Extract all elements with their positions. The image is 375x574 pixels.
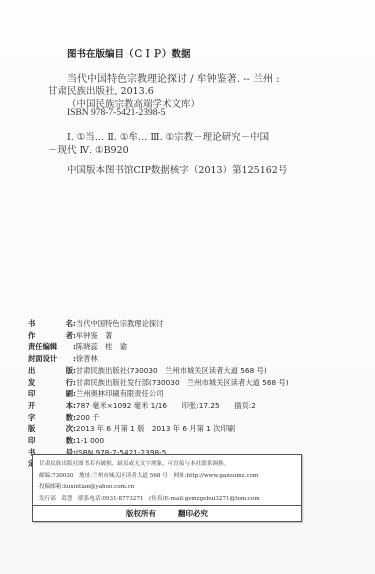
imprint-row-printer: 印刷:兰州奥林印刷有限责任公司 xyxy=(28,388,289,400)
cip-classification-line: Ⅰ. ①当… Ⅱ. ①牟… Ⅲ. ①宗教－理论研究－中国 xyxy=(67,129,269,143)
imprint-row-author: 作者:牟钟鉴 著 xyxy=(28,330,289,342)
imprint-table: 书名:当代中国特色宗教理论探讨 作者:牟钟鉴 著 责任编辑:陈晓蕊 桂 谕 封面… xyxy=(28,318,289,470)
copyright-footer: 版权所有 翻印必究 xyxy=(33,505,301,521)
imprint-label: 作者 xyxy=(28,330,73,342)
notice-distribution-contact: 发行部 葛慧 联系电话:0931-8773271 (传真)E-mail:gsmz… xyxy=(39,494,295,506)
imprint-value: 甘肃民族出版社发行部(730030 兰州市城关区读者大道 568 号) xyxy=(76,377,289,389)
imprint-row-print-run: 印数:1-1 000 xyxy=(28,435,289,447)
imprint-value: 徐晋林 xyxy=(76,353,98,365)
imprint-row-title: 书名:当代中国特色宗教理论探讨 xyxy=(28,318,289,330)
imprint-label: 印刷 xyxy=(28,388,73,400)
imprint-row-word-count: 字数:200 千 xyxy=(28,412,289,424)
imprint-label: 出版 xyxy=(28,365,73,377)
cip-isbn-line: ISBN 978-7-5421-2398-5 xyxy=(67,108,165,118)
imprint-row-cover-design: 封面设计:徐晋林 xyxy=(28,353,289,365)
imprint-row-editor: 责任编辑:陈晓蕊 桂 谕 xyxy=(28,341,289,353)
imprint-row-format: 开本:787 毫米×1092 毫米 1/16 印张:17.25 插页:2 xyxy=(28,400,289,412)
piracy-notice: 翻印必究 xyxy=(178,508,208,519)
imprint-label: 开本 xyxy=(28,400,73,412)
imprint-value: 兰州奥林印刷有限责任公司 xyxy=(76,388,164,400)
cip-publisher-line: 甘肃民族出版社, 2013.6 xyxy=(48,83,154,97)
imprint-label: 印数 xyxy=(28,435,73,447)
cip-record-number: 中国版本图书馆CIP数据核字（2013）第125162号 xyxy=(67,162,287,176)
notice-replacement-policy: 甘肃民族出版社图书若有破损、缺页或无文字现象，可直接与本社联系调换。 xyxy=(39,459,295,471)
imprint-row-distributor: 发行:甘肃民族出版社发行部(730030 兰州市城关区读者大道 568 号) xyxy=(28,377,289,389)
cip-heading: 图书在版编目（ＣＩＰ）数据 xyxy=(67,46,191,60)
imprint-value: 陈晓蕊 桂 谕 xyxy=(76,341,127,353)
imprint-value: 1-1 000 xyxy=(76,435,104,447)
notice-address: 邮编:730030 地址:兰州市城关区读者大道 568 号 网址:http://… xyxy=(39,471,295,483)
imprint-label: 字数 xyxy=(28,412,73,424)
imprint-label: 封面设计 xyxy=(28,353,73,365)
imprint-label: 发行 xyxy=(28,377,73,389)
publisher-notice-box: 甘肃民族出版社图书若有破损、缺页或无文字现象，可直接与本社联系调换。 邮编:73… xyxy=(32,454,302,522)
imprint-row-publisher: 出版:甘肃民族出版社(730030 兰州市城关区读者大道 568 号) xyxy=(28,365,289,377)
notice-submission-email: 投稿邮箱:liuxintian@yahoo.com.cn xyxy=(39,482,295,494)
cip-classification-cont-line: －现代 Ⅳ. ①B920 xyxy=(48,142,129,156)
copyright-notice: 版权所有 xyxy=(126,508,156,519)
imprint-value: 200 千 xyxy=(76,412,100,424)
imprint-row-edition: 版次:2013 年 6 月第 1 版 2013 年 6 月第 1 次印刷 xyxy=(28,423,289,435)
imprint-value: 甘肃民族出版社(730030 兰州市城关区读者大道 568 号) xyxy=(76,365,267,377)
imprint-label: 书名 xyxy=(28,318,73,330)
imprint-value: 当代中国特色宗教理论探讨 xyxy=(76,318,164,330)
imprint-value: 787 毫米×1092 毫米 1/16 印张:17.25 插页:2 xyxy=(76,400,256,412)
imprint-value: 2013 年 6 月第 1 版 2013 年 6 月第 1 次印刷 xyxy=(76,423,235,435)
imprint-label: 责任编辑 xyxy=(28,341,73,353)
imprint-label: 版次 xyxy=(28,423,73,435)
imprint-value: 牟钟鉴 著 xyxy=(76,330,112,342)
